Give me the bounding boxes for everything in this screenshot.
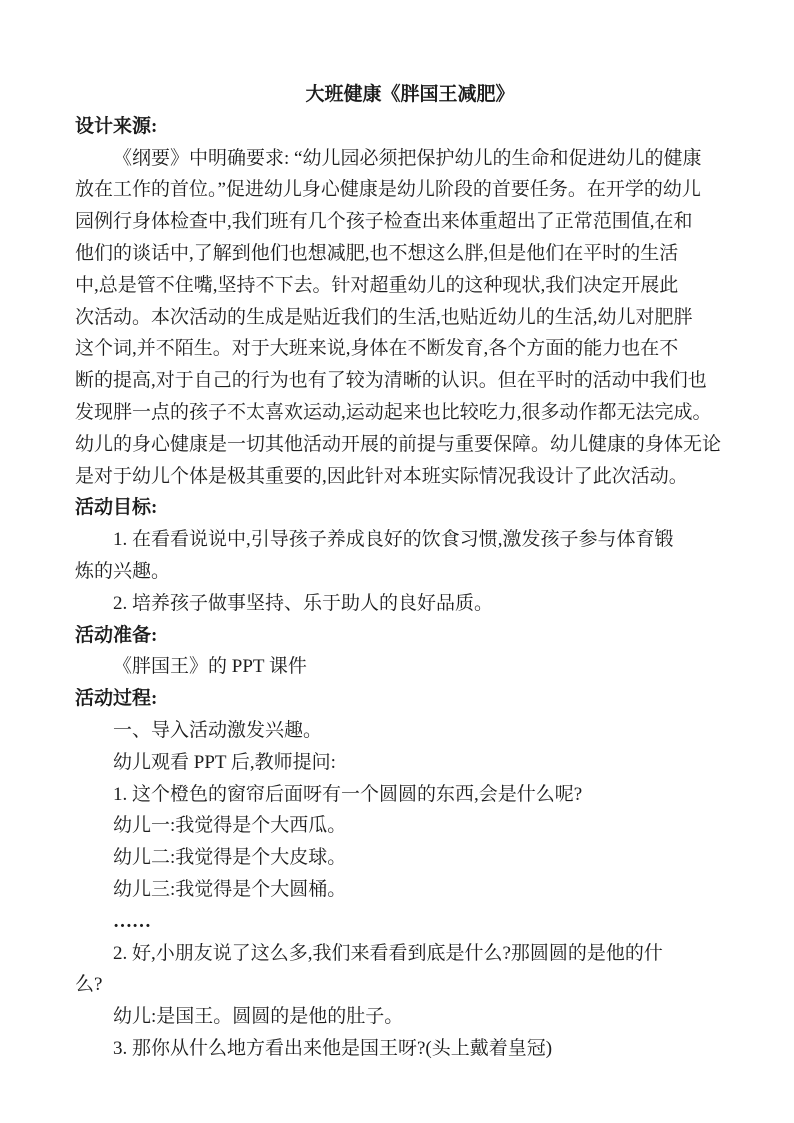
text-line: 放在工作的首位。”促进幼儿身心健康是幼儿阶段的首要任务。在开学的幼儿 (75, 174, 745, 206)
text-line: 幼儿的身心健康是一切其他活动开展的前提与重要保障。幼儿健康的身体无论 (75, 429, 745, 461)
document-body: 设计来源:《纲要》中明确要求: “幼儿园必须把保护幼儿的生命和促进幼儿的健康放在… (75, 111, 745, 1065)
section-heading: 活动过程: (75, 683, 745, 715)
text-line: 断的提高,对于自己的行为也有了较为清晰的认识。但在平时的活动中我们也 (75, 365, 745, 397)
section-heading: 设计来源: (75, 111, 745, 143)
document-page: 大班健康《胖国王减肥》 设计来源:《纲要》中明确要求: “幼儿园必须把保护幼儿的… (0, 0, 794, 1123)
text-line: 炼的兴趣。 (75, 556, 745, 588)
document-content: 大班健康《胖国王减肥》 设计来源:《纲要》中明确要求: “幼儿园必须把保护幼儿的… (75, 79, 745, 1065)
document-title: 大班健康《胖国王减肥》 (75, 79, 745, 111)
text-line: 么? (75, 969, 745, 1001)
text-line: 幼儿一:我觉得是个大西瓜。 (75, 810, 745, 842)
text-line: 他们的谈话中,了解到他们也想减肥,也不想这么胖,但是他们在平时的生活 (75, 238, 745, 270)
text-line: 是对于幼儿个体是极其重要的,因此针对本班实际情况我设计了此次活动。 (75, 461, 745, 493)
text-line: 2. 好,小朋友说了这么多,我们来看看到底是什么?那圆圆的是他的什 (75, 938, 745, 970)
text-line: 幼儿:是国王。圆圆的是他的肚子。 (75, 1001, 745, 1033)
text-line: 幼儿三:我觉得是个大圆桶。 (75, 874, 745, 906)
text-line: 3. 那你从什么地方看出来他是国王呀?(头上戴着皇冠) (75, 1033, 745, 1065)
text-line: 1. 在看看说说中,引导孩子养成良好的饮食习惯,激发孩子参与体育锻 (75, 524, 745, 556)
text-line: 这个词,并不陌生。对于大班来说,身体在不断发育,各个方面的能力也在不 (75, 333, 745, 365)
text-line: 中,总是管不住嘴,坚持不下去。针对超重幼儿的这种现状,我们决定开展此 (75, 270, 745, 302)
text-line: 一、导入活动激发兴趣。 (75, 715, 745, 747)
text-line: …… (75, 906, 745, 938)
section-heading: 活动准备: (75, 620, 745, 652)
text-line: 园例行身体检查中,我们班有几个孩子检查出来体重超出了正常范围值,在和 (75, 206, 745, 238)
text-line: 发现胖一点的孩子不太喜欢运动,运动起来也比较吃力,很多动作都无法完成。 (75, 397, 745, 429)
text-line: 幼儿观看 PPT 后,教师提问: (75, 747, 745, 779)
text-line: 《纲要》中明确要求: “幼儿园必须把保护幼儿的生命和促进幼儿的健康 (75, 143, 745, 175)
text-line: 次活动。本次活动的生成是贴近我们的生活,也贴近幼儿的生活,幼儿对肥胖 (75, 302, 745, 334)
text-line: 幼儿二:我觉得是个大皮球。 (75, 842, 745, 874)
text-line: 1. 这个橙色的窗帘后面呀有一个圆圆的东西,会是什么呢? (75, 779, 745, 811)
text-line: 《胖国王》的 PPT 课件 (75, 651, 745, 683)
section-heading: 活动目标: (75, 492, 745, 524)
text-line: 2. 培养孩子做事坚持、乐于助人的良好品质。 (75, 588, 745, 620)
